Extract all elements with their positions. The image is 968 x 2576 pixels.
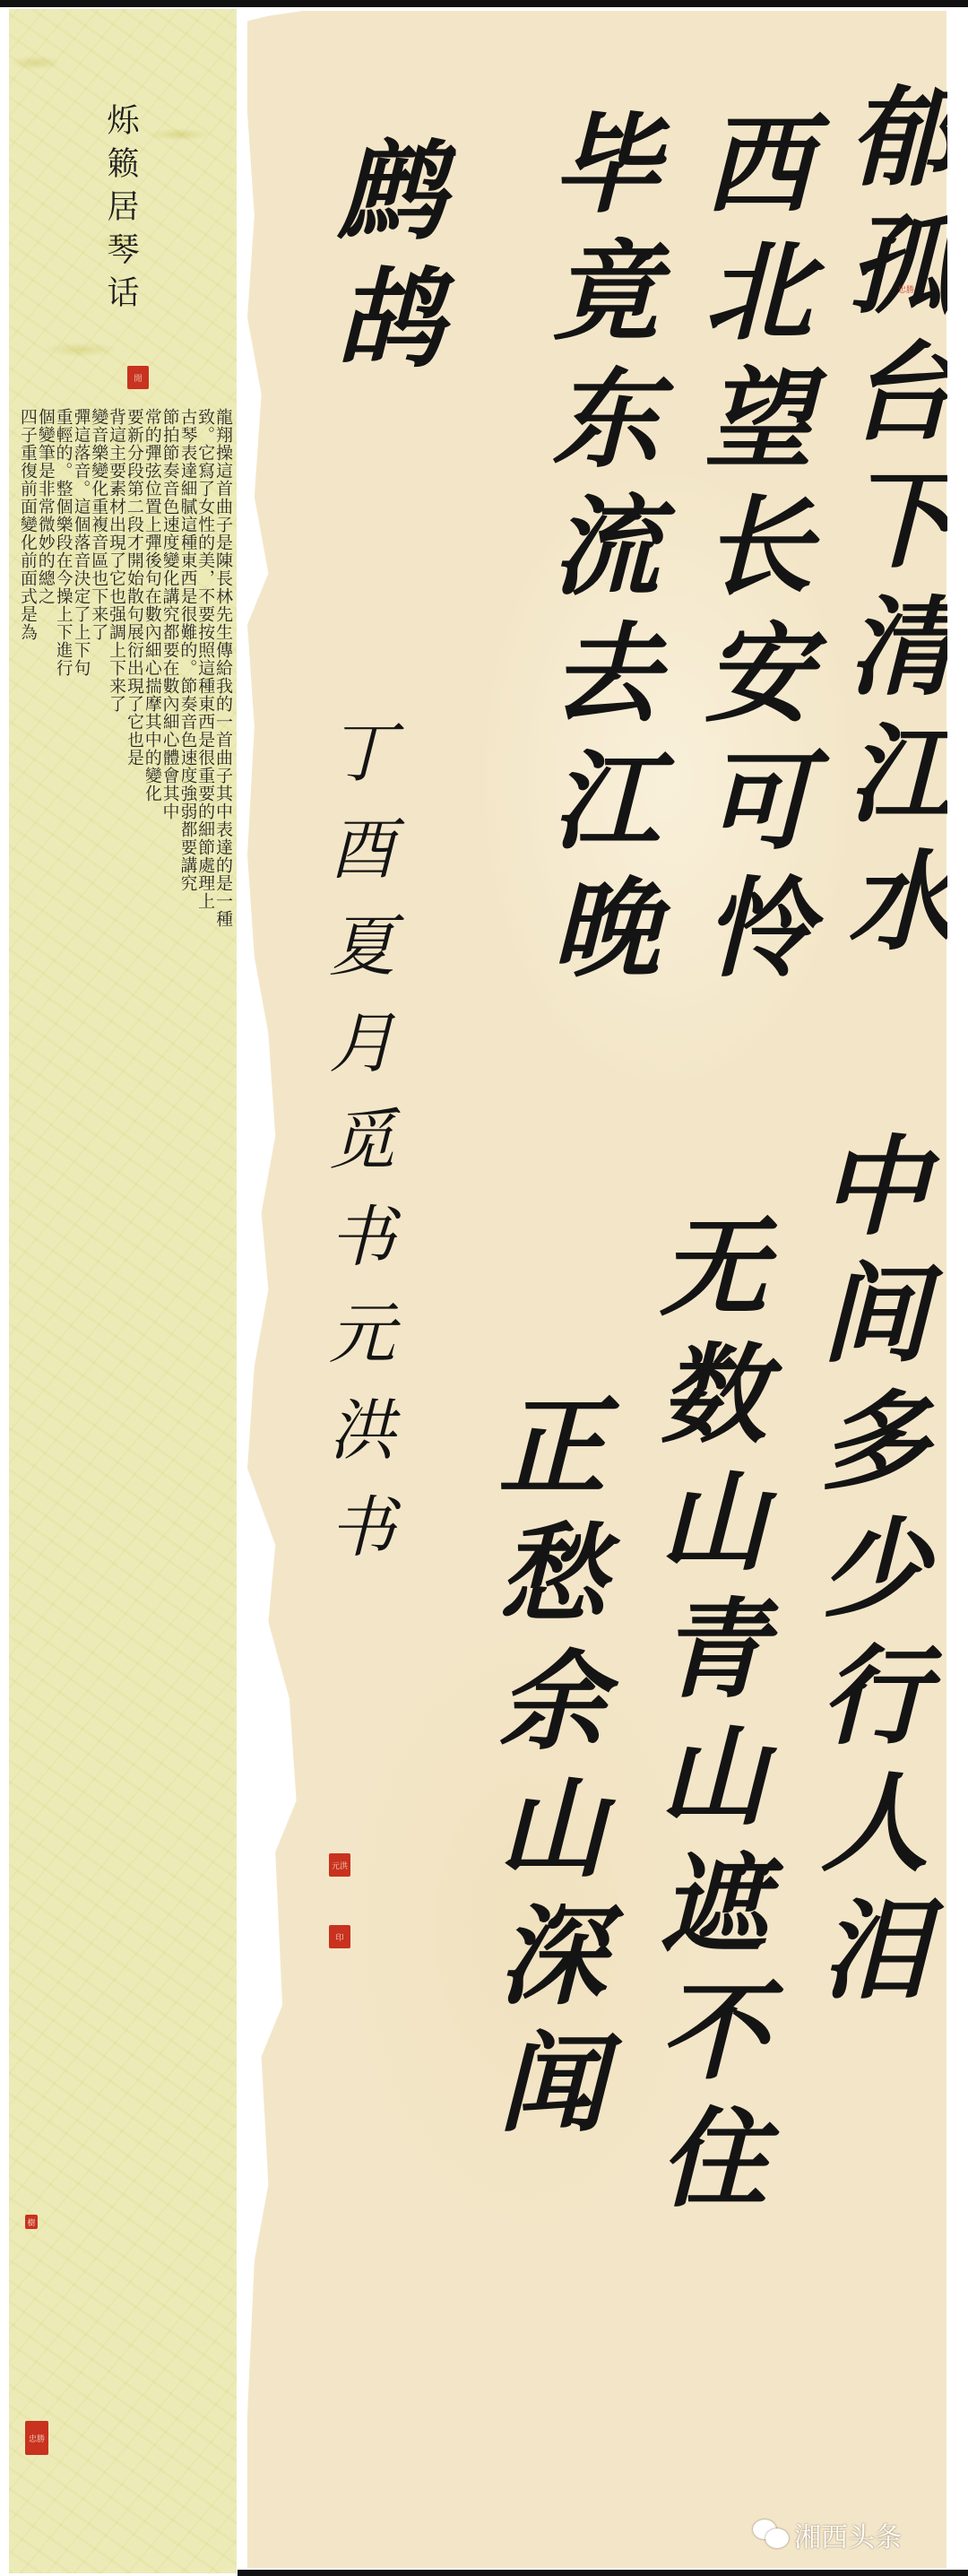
poem-column-6: 正愁余山深闻 [466, 1390, 620, 2376]
watermark: 湘西头条 [753, 2515, 902, 2554]
wechat-icon [753, 2520, 789, 2550]
text-column: 常的彈弦位置上彈後句在數內細心揣摩其中的變化 [146, 408, 162, 2573]
poem-column-2: 中间多少行人泪 [789, 1130, 943, 2475]
artist-seal: 印 [329, 1925, 350, 1948]
text-column: 古琴表達細膩這種東西是很難的。節奏音色速度強弱都要講究 [182, 408, 198, 2573]
text-column: 龍翔操這首曲子是陳長林先生傳給我的一首曲子其中表達的是一種 [217, 408, 233, 2573]
poem-column-1: 郁孤台下清江水 [816, 81, 968, 1112]
poem-column-4: 无数山青山遮不住 [627, 1210, 782, 2511]
left-panel-title: 烁籁居琴话 [108, 103, 143, 318]
left-scroll-panel: 烁籁居琴话 閒 龍翔操這首曲子是陳長林先生傳給我的一首曲子其中表達的是一種 致。… [9, 9, 237, 2573]
poem-column-3: 西北望长安可怜 [672, 108, 826, 1184]
text-column: 節拍節奏音色速度變化講究都要在數內細心體會其中 [164, 408, 180, 2573]
artist-seal: 元洪 [329, 1853, 350, 1877]
poem-column-5: 毕竟东流去江晚 [520, 108, 674, 1363]
text-column: 背這主要素材出現了它也强調上下来了 [110, 408, 126, 2573]
text-column: 重輕的。整個樂段在今操上下進行 [57, 408, 73, 2573]
right-margin [947, 7, 968, 2570]
inscription: 丁酉夏月觅书元洪书 [309, 717, 404, 1793]
text-column: 要新分段第二段才開始散句展衍出現了它也是 [128, 408, 144, 2573]
left-seal: 忠勝 [25, 2421, 48, 2455]
poem-column-7: 鹧鸪 [305, 134, 459, 493]
text-column: 致。它寫了女性的美，不要按照這種東西是很重要的細節處理上 [199, 408, 215, 2573]
title-seal: 閒 [127, 366, 149, 389]
left-panel-text: 龍翔操這首曲子是陳長林先生傳給我的一首曲子其中表達的是一種 致。它寫了女性的美，… [22, 408, 233, 2573]
left-seal: 樹 [25, 2215, 38, 2229]
leading-seal: 忠勝 [896, 271, 916, 307]
text-column: 四子重復前面變化前面式是為 [22, 408, 38, 2573]
watermark-text: 湘西头条 [794, 2515, 902, 2554]
text-column: 個變筆是非常微妙的總之 [39, 408, 56, 2573]
text-column: 彈這落音。這個落音決定了上下句 [75, 408, 91, 2573]
bottom-border [238, 2570, 968, 2576]
top-border [0, 0, 968, 7]
text-column: 變音樂變化重複音區也下来了 [92, 408, 108, 2573]
